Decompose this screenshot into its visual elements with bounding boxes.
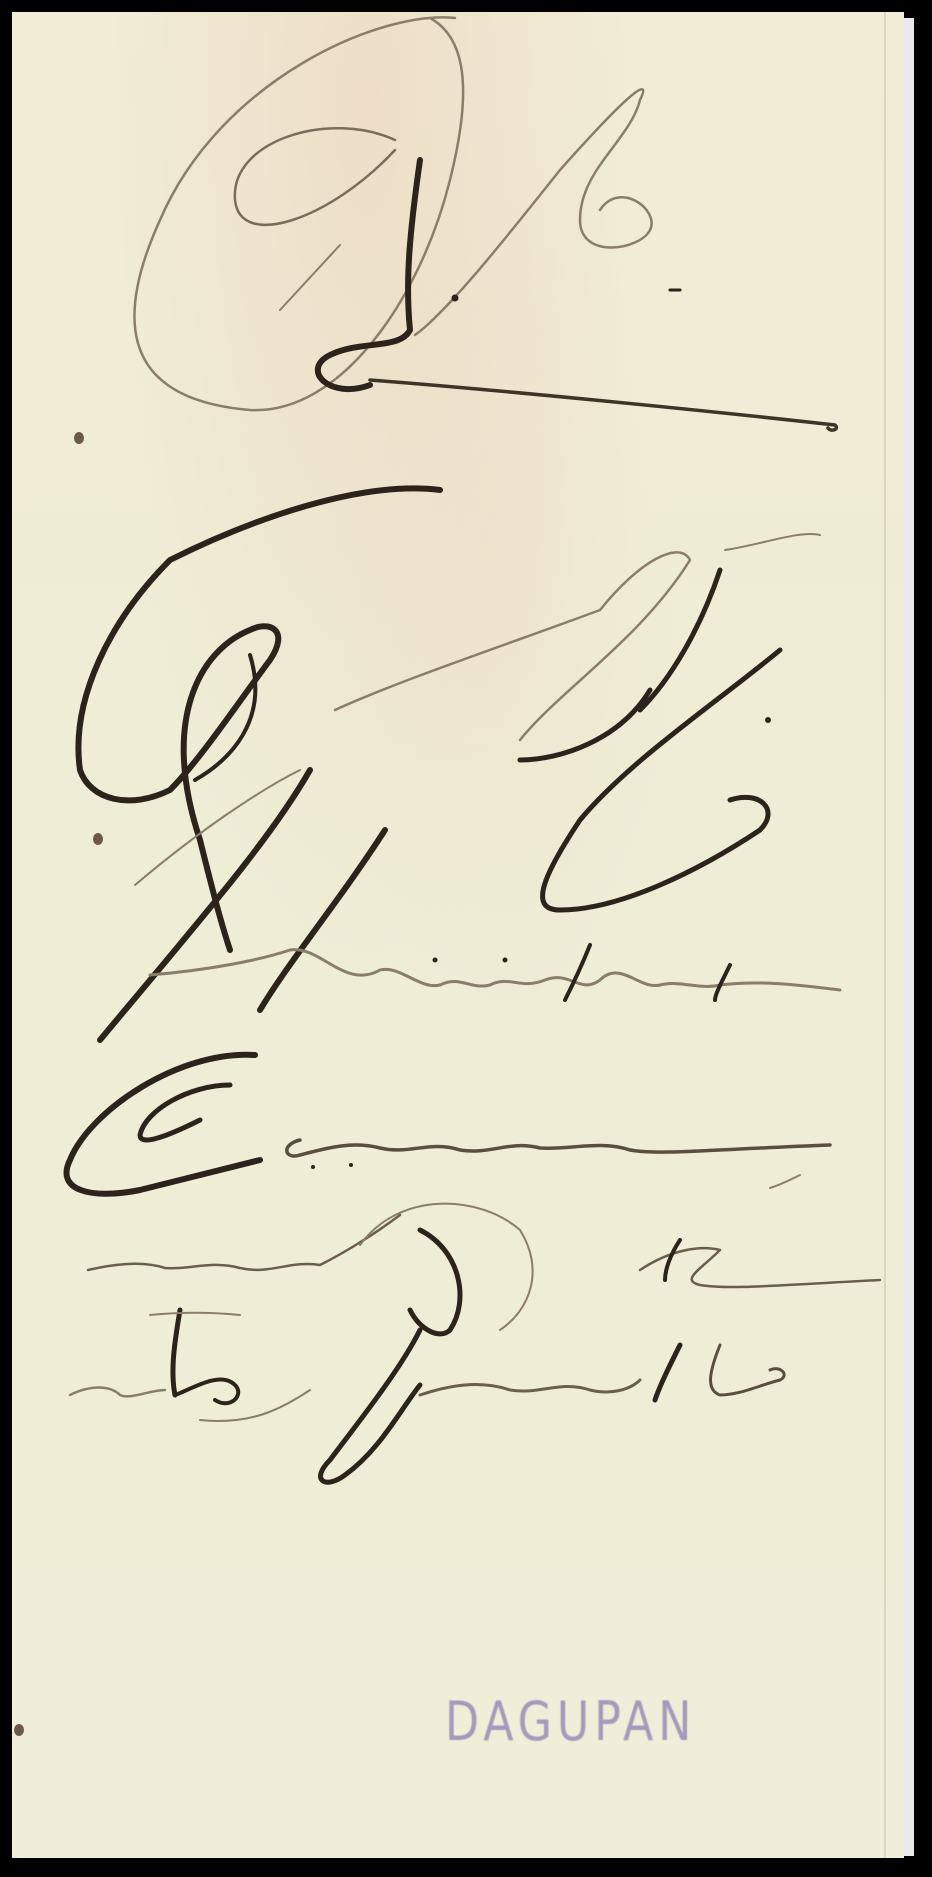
monogram-qs (134, 17, 836, 430)
line-al-sor (78, 488, 820, 950)
line-administrador (100, 770, 840, 1040)
postmark-stamp: DAGUPAN (445, 1690, 696, 1753)
line-este-pueblo (70, 1310, 784, 1482)
line-ciones-de (88, 1204, 880, 1334)
line-comunica (66, 1055, 830, 1194)
handwriting-ink (0, 0, 932, 1877)
